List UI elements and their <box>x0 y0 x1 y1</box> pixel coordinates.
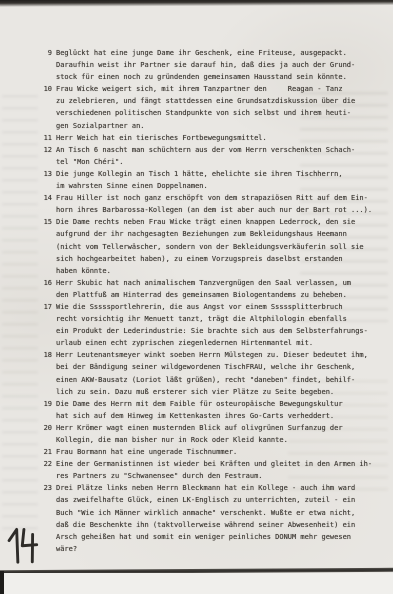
bleed-through-left <box>2 95 38 535</box>
list-item: 22 Eine der Germanistinnen ist wieder be… <box>38 458 386 482</box>
item-number: 18 <box>38 349 52 361</box>
list-item: 14 Frau Hiller ist noch ganz erschöpft v… <box>38 192 386 216</box>
numbered-list: 9 Beglückt hat eine junge Dame ihr Gesch… <box>38 47 386 555</box>
item-text: Die junge Kollegin an Tisch 1 hätte, ehe… <box>56 168 343 192</box>
item-text: Frau Hiller ist noch ganz erschöpft von … <box>56 192 372 216</box>
list-item: 18 Herr Leutenantsmeyer winkt soeben Her… <box>38 349 386 397</box>
list-item: 11 Herr Weich hat ein tierisches Fortbew… <box>38 132 386 144</box>
scanned-document-page: 9 Beglückt hat eine junge Dame ihr Gesch… <box>0 0 393 594</box>
list-item: 15 Die Dame rechts neben Frau Wicke träg… <box>38 216 386 276</box>
list-item: 16 Herr Skubic hat nach animalischem Tan… <box>38 277 386 301</box>
item-text: Eine der Germanistinnen ist wieder bei K… <box>56 458 372 482</box>
item-number: 22 <box>38 458 52 470</box>
list-item: 23 Drei Plätze links neben Herrn Bleckma… <box>38 482 386 555</box>
list-item: 17 Wie die Sssssportlehrerin, die aus An… <box>38 301 386 349</box>
item-number: 10 <box>38 83 52 95</box>
item-number: 20 <box>38 422 52 434</box>
list-item: 19 Die Dame des Herrn mit dem Faible für… <box>38 398 386 422</box>
item-number: 17 <box>38 301 52 313</box>
item-number: 16 <box>38 277 52 289</box>
item-number: 21 <box>38 446 52 458</box>
item-text: Die Dame des Herrn mit dem Faible für os… <box>56 398 343 422</box>
item-number: 14 <box>38 192 52 204</box>
list-item: 13 Die junge Kollegin an Tisch 1 hätte, … <box>38 168 386 192</box>
item-text: Die Dame rechts neben Frau Wicke trägt e… <box>56 216 364 276</box>
item-text: Herr Weich hat ein tierisches Fortbewegu… <box>56 132 267 144</box>
handwritten-page-number <box>5 524 46 567</box>
item-number: 19 <box>38 398 52 410</box>
list-item: 10 Frau Wicke weigert sich, mit ihrem Ta… <box>38 83 386 131</box>
item-text: Herr Leutenantsmeyer winkt soeben Herrn … <box>56 349 368 397</box>
item-number: 13 <box>38 168 52 180</box>
item-text: Herr Skubic hat nach animalischem Tanzve… <box>56 277 351 301</box>
item-number: 15 <box>38 216 52 228</box>
next-page-strip <box>4 573 393 594</box>
item-number: 11 <box>38 132 52 144</box>
item-text: An Tisch 6 nascht man schüchtern aus der… <box>56 144 355 168</box>
item-number: 9 <box>38 47 52 59</box>
item-text: Beglückt hat eine junge Dame ihr Geschen… <box>56 47 355 83</box>
item-number: 12 <box>38 144 52 156</box>
list-item: 21 Frau Bormann hat eine ungerade Tischn… <box>38 446 386 458</box>
item-text: Wie die Sssssportlehrerin, die aus Angst… <box>56 301 368 349</box>
item-number: 23 <box>38 482 52 494</box>
list-item: 12 An Tisch 6 nascht man schüchtern aus … <box>38 144 386 168</box>
item-text: Drei Plätze links neben Herrn Bleckmann … <box>56 482 355 555</box>
list-item: 20 Herr Krömer wagt einen musternden Bli… <box>38 422 386 446</box>
list-item: 9 Beglückt hat eine junge Dame ihr Gesch… <box>38 47 386 83</box>
item-text: Frau Wicke weigert sich, mit ihrem Tanzp… <box>56 83 355 131</box>
item-text: Herr Krömer wagt einen musternden Blick … <box>56 422 343 446</box>
scan-corner-shadow <box>0 571 4 594</box>
item-text: Frau Bormann hat eine ungerade Tischnumm… <box>56 446 237 458</box>
